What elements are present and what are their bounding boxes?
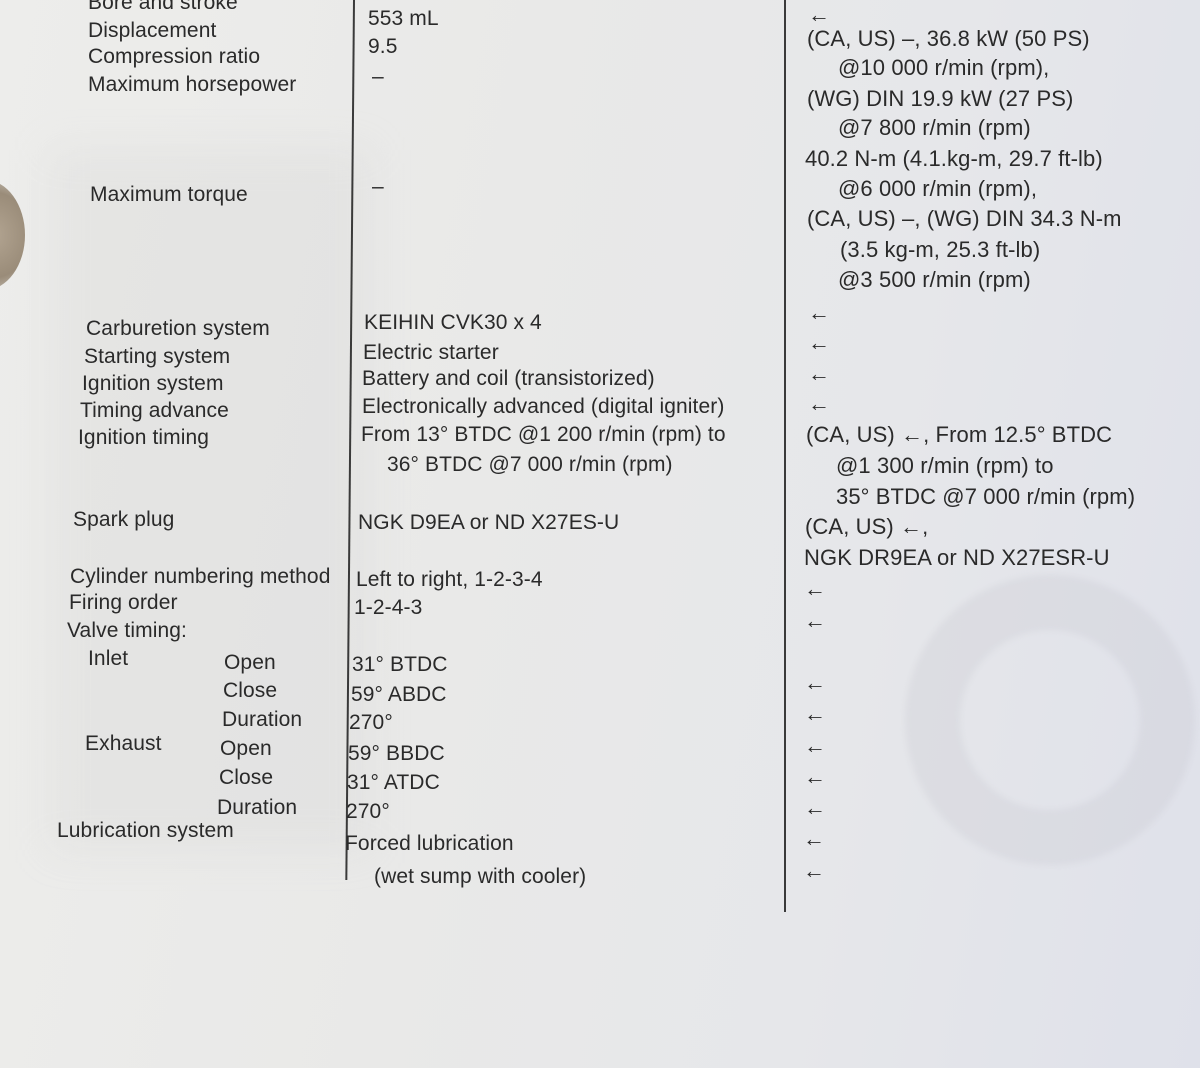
label-firing-order: Firing order xyxy=(69,592,178,613)
value-cylinder-numbering: Left to right, 1-2-3-4 xyxy=(356,569,543,590)
same-as-arrow-icon: ← xyxy=(808,332,830,354)
label-timing-advance: Timing advance xyxy=(80,400,229,421)
label-bore-stroke: Bore and stroke xyxy=(88,0,238,13)
other-max-torque-2: @6 000 r/min (rpm), xyxy=(838,178,1037,200)
other-max-torque-4: (3.5 kg-m, 25.3 ft-lb) xyxy=(840,239,1040,261)
value-exhaust-duration: 270° xyxy=(346,801,390,822)
value-max-hp: – xyxy=(372,66,384,87)
value-max-torque: – xyxy=(372,176,384,197)
label-exhaust-open: Open xyxy=(220,738,272,759)
label-lubrication: Lubrication system xyxy=(57,820,234,841)
other-ignition-timing-3: 35° BTDC @7 000 r/min (rpm) xyxy=(836,486,1135,508)
label-inlet-close: Close xyxy=(223,680,277,701)
label-starting: Starting system xyxy=(84,346,230,367)
same-as-arrow-icon: ← xyxy=(804,578,826,600)
other-ignition-timing-2: @1 300 r/min (rpm) to xyxy=(836,455,1054,477)
value-lubrication-1: Forced lubrication xyxy=(345,833,514,854)
value-compression: 9.5 xyxy=(368,36,398,57)
value-ignition-timing-2: 36° BTDC @7 000 r/min (rpm) xyxy=(387,454,673,475)
other-max-torque-5: @3 500 r/min (rpm) xyxy=(838,269,1031,291)
label-max-hp: Maximum horsepower xyxy=(88,74,296,95)
other-max-hp-2: @10 000 r/min (rpm), xyxy=(838,57,1049,79)
value-inlet-close: 59° ABDC xyxy=(351,684,447,705)
value-exhaust-open: 59° BBDC xyxy=(348,743,445,764)
label-valve-timing: Valve timing: xyxy=(67,620,187,641)
label-exhaust-close: Close xyxy=(219,767,273,788)
value-firing-order: 1-2-4-3 xyxy=(354,597,422,618)
other-ignition-timing-1: (CA, US) ←, From 12.5° BTDC xyxy=(806,424,1112,446)
other-spark-plug-1: (CA, US) ←, xyxy=(805,516,928,538)
other-max-hp-4: @7 800 r/min (rpm) xyxy=(838,117,1031,139)
value-exhaust-close: 31° ATDC xyxy=(347,772,440,793)
same-as-arrow-icon: ← xyxy=(804,672,826,694)
label-inlet-open: Open xyxy=(224,652,276,673)
same-as-arrow-icon: ← xyxy=(804,610,826,632)
value-lubrication-2: (wet sump with cooler) xyxy=(374,866,586,887)
label-inlet-duration: Duration xyxy=(222,709,302,730)
value-timing-advance: Electronically advanced (digital igniter… xyxy=(362,396,724,417)
value-starting: Electric starter xyxy=(363,342,499,363)
other-spark-plug-2: NGK DR9EA or ND X27ESR-U xyxy=(804,547,1110,569)
same-as-arrow-icon: ← xyxy=(808,302,830,324)
value-spark-plug: NGK D9EA or ND X27ES-U xyxy=(358,512,619,533)
value-carburetion: KEIHIN CVK30 x 4 xyxy=(364,312,542,333)
label-ignition-system: Ignition system xyxy=(82,373,224,394)
same-as-arrow-icon: ← xyxy=(803,860,825,882)
column-divider-right xyxy=(784,0,786,912)
label-cylinder-numbering: Cylinder numbering method xyxy=(70,566,330,587)
other-max-torque-1: 40.2 N-m (4.1.kg-m, 29.7 ft-lb) xyxy=(805,148,1103,170)
same-as-arrow-icon: ← xyxy=(804,735,826,757)
same-as-arrow-icon: ← xyxy=(808,363,830,385)
same-as-arrow-icon: ← xyxy=(803,828,825,850)
other-max-hp-3: (WG) DIN 19.9 kW (27 PS) xyxy=(807,88,1073,110)
other-max-torque-3: (CA, US) –, (WG) DIN 34.3 N-m xyxy=(807,208,1122,230)
value-displacement: 553 mL xyxy=(368,8,439,29)
value-ignition-timing-1: From 13° BTDC @1 200 r/min (rpm) to xyxy=(361,424,726,445)
same-as-arrow-icon: ← xyxy=(808,4,830,26)
label-exhaust-duration: Duration xyxy=(217,797,297,818)
same-as-arrow-icon: ← xyxy=(804,797,826,819)
watermark-wheel-image xyxy=(905,575,1195,865)
label-displacement: Displacement xyxy=(88,20,216,41)
label-compression: Compression ratio xyxy=(88,46,260,67)
label-exhaust: Exhaust xyxy=(85,733,162,754)
same-as-arrow-icon: ← xyxy=(804,703,826,725)
value-inlet-open: 31° BTDC xyxy=(352,654,448,675)
label-ignition-timing: Ignition timing xyxy=(78,427,209,448)
value-inlet-duration: 270° xyxy=(349,712,393,733)
same-as-arrow-icon: ← xyxy=(804,766,826,788)
finger-in-photo xyxy=(0,180,25,290)
label-max-torque: Maximum torque xyxy=(90,184,248,205)
label-carburetion: Carburetion system xyxy=(86,318,270,339)
value-ignition-system: Battery and coil (transistorized) xyxy=(362,368,655,389)
label-spark-plug: Spark plug xyxy=(73,509,174,530)
other-max-hp-1: (CA, US) –, 36.8 kW (50 PS) xyxy=(807,28,1090,50)
same-as-arrow-icon: ← xyxy=(808,393,830,415)
label-inlet: Inlet xyxy=(88,648,128,669)
